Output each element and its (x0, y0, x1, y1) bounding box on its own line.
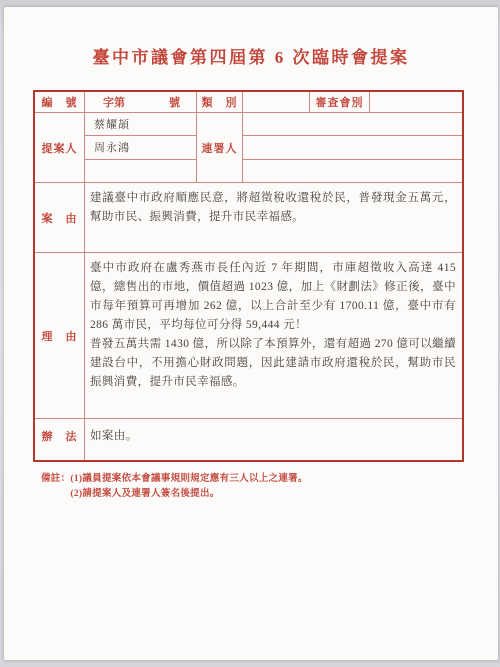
subject-content: 建議臺中市政府順應民意，將超徵稅收還稅於民，普發現金五萬元，幫助市民、振興消費，… (85, 183, 462, 253)
cosigner-row-empty (243, 113, 462, 135)
doc-no-prefix: 字第 (103, 94, 125, 110)
field-doc-number: 字第 號 (85, 92, 197, 113)
reason-paragraph: 普發五萬共需 1430 億，所以除了本預算外，還有超過 270 億可以繼續建設台… (90, 335, 456, 392)
proposal-form-table: 編 號 字第 號 類 別 審查會別 提案人 蔡耀頡 周永鴻 連署人 案 由 建議… (33, 90, 464, 462)
review-committee-value-cell (370, 92, 462, 113)
method-content: 如案由。 (85, 419, 462, 460)
footnote-item: (1)議員提案依本會議事規則規定應有三人以上之連署。 (70, 472, 307, 487)
footnote-item: (2)請提案人及連署人簽名後提出。 (70, 487, 307, 502)
proposer-names: 蔡耀頡 周永鴻 (85, 113, 197, 183)
proposer-name: 周永鴻 (85, 135, 196, 158)
proposer-name-empty (85, 159, 196, 182)
field-label-reason: 理 由 (35, 253, 85, 419)
cosigner-rows (243, 113, 462, 183)
footnotes: 備註： (1)議員提案依本會議事規則規定應有三人以上之連署。 (2)請提案人及連… (41, 472, 308, 502)
field-label-proposer: 提案人 (35, 113, 85, 183)
field-label-subject: 案 由 (35, 183, 85, 253)
cosigner-row-empty (243, 159, 462, 182)
reason-content: 臺中市政府在盧秀燕市長任內近 7 年期間，市庫超徵收入高達 415 億，總售出的… (85, 253, 462, 419)
footnotes-label: 備註： (41, 472, 70, 502)
footnotes-items: (1)議員提案依本會議事規則規定應有三人以上之連署。 (2)請提案人及連署人簽名… (70, 472, 307, 502)
proposer-name: 蔡耀頡 (85, 113, 196, 135)
doc-no-suffix: 號 (169, 94, 180, 110)
category-value-cell (243, 92, 310, 113)
field-label-method: 辦 法 (35, 419, 85, 460)
document-page: 臺中市議會第四屆第 6 次臨時會提案 編 號 字第 號 類 別 審查會別 提案人… (4, 7, 498, 660)
cosigner-row-empty (243, 135, 462, 158)
field-label-category: 類 別 (197, 92, 243, 113)
field-label-cosigner: 連署人 (197, 113, 243, 183)
field-label-review-committee: 審查會別 (310, 92, 370, 113)
document-title: 臺中市議會第四屆第 6 次臨時會提案 (4, 43, 498, 68)
field-label-number: 編 號 (35, 92, 85, 113)
reason-paragraph: 臺中市政府在盧秀燕市長任內近 7 年期間，市庫超徵收入高達 415 億，總售出的… (90, 259, 456, 335)
